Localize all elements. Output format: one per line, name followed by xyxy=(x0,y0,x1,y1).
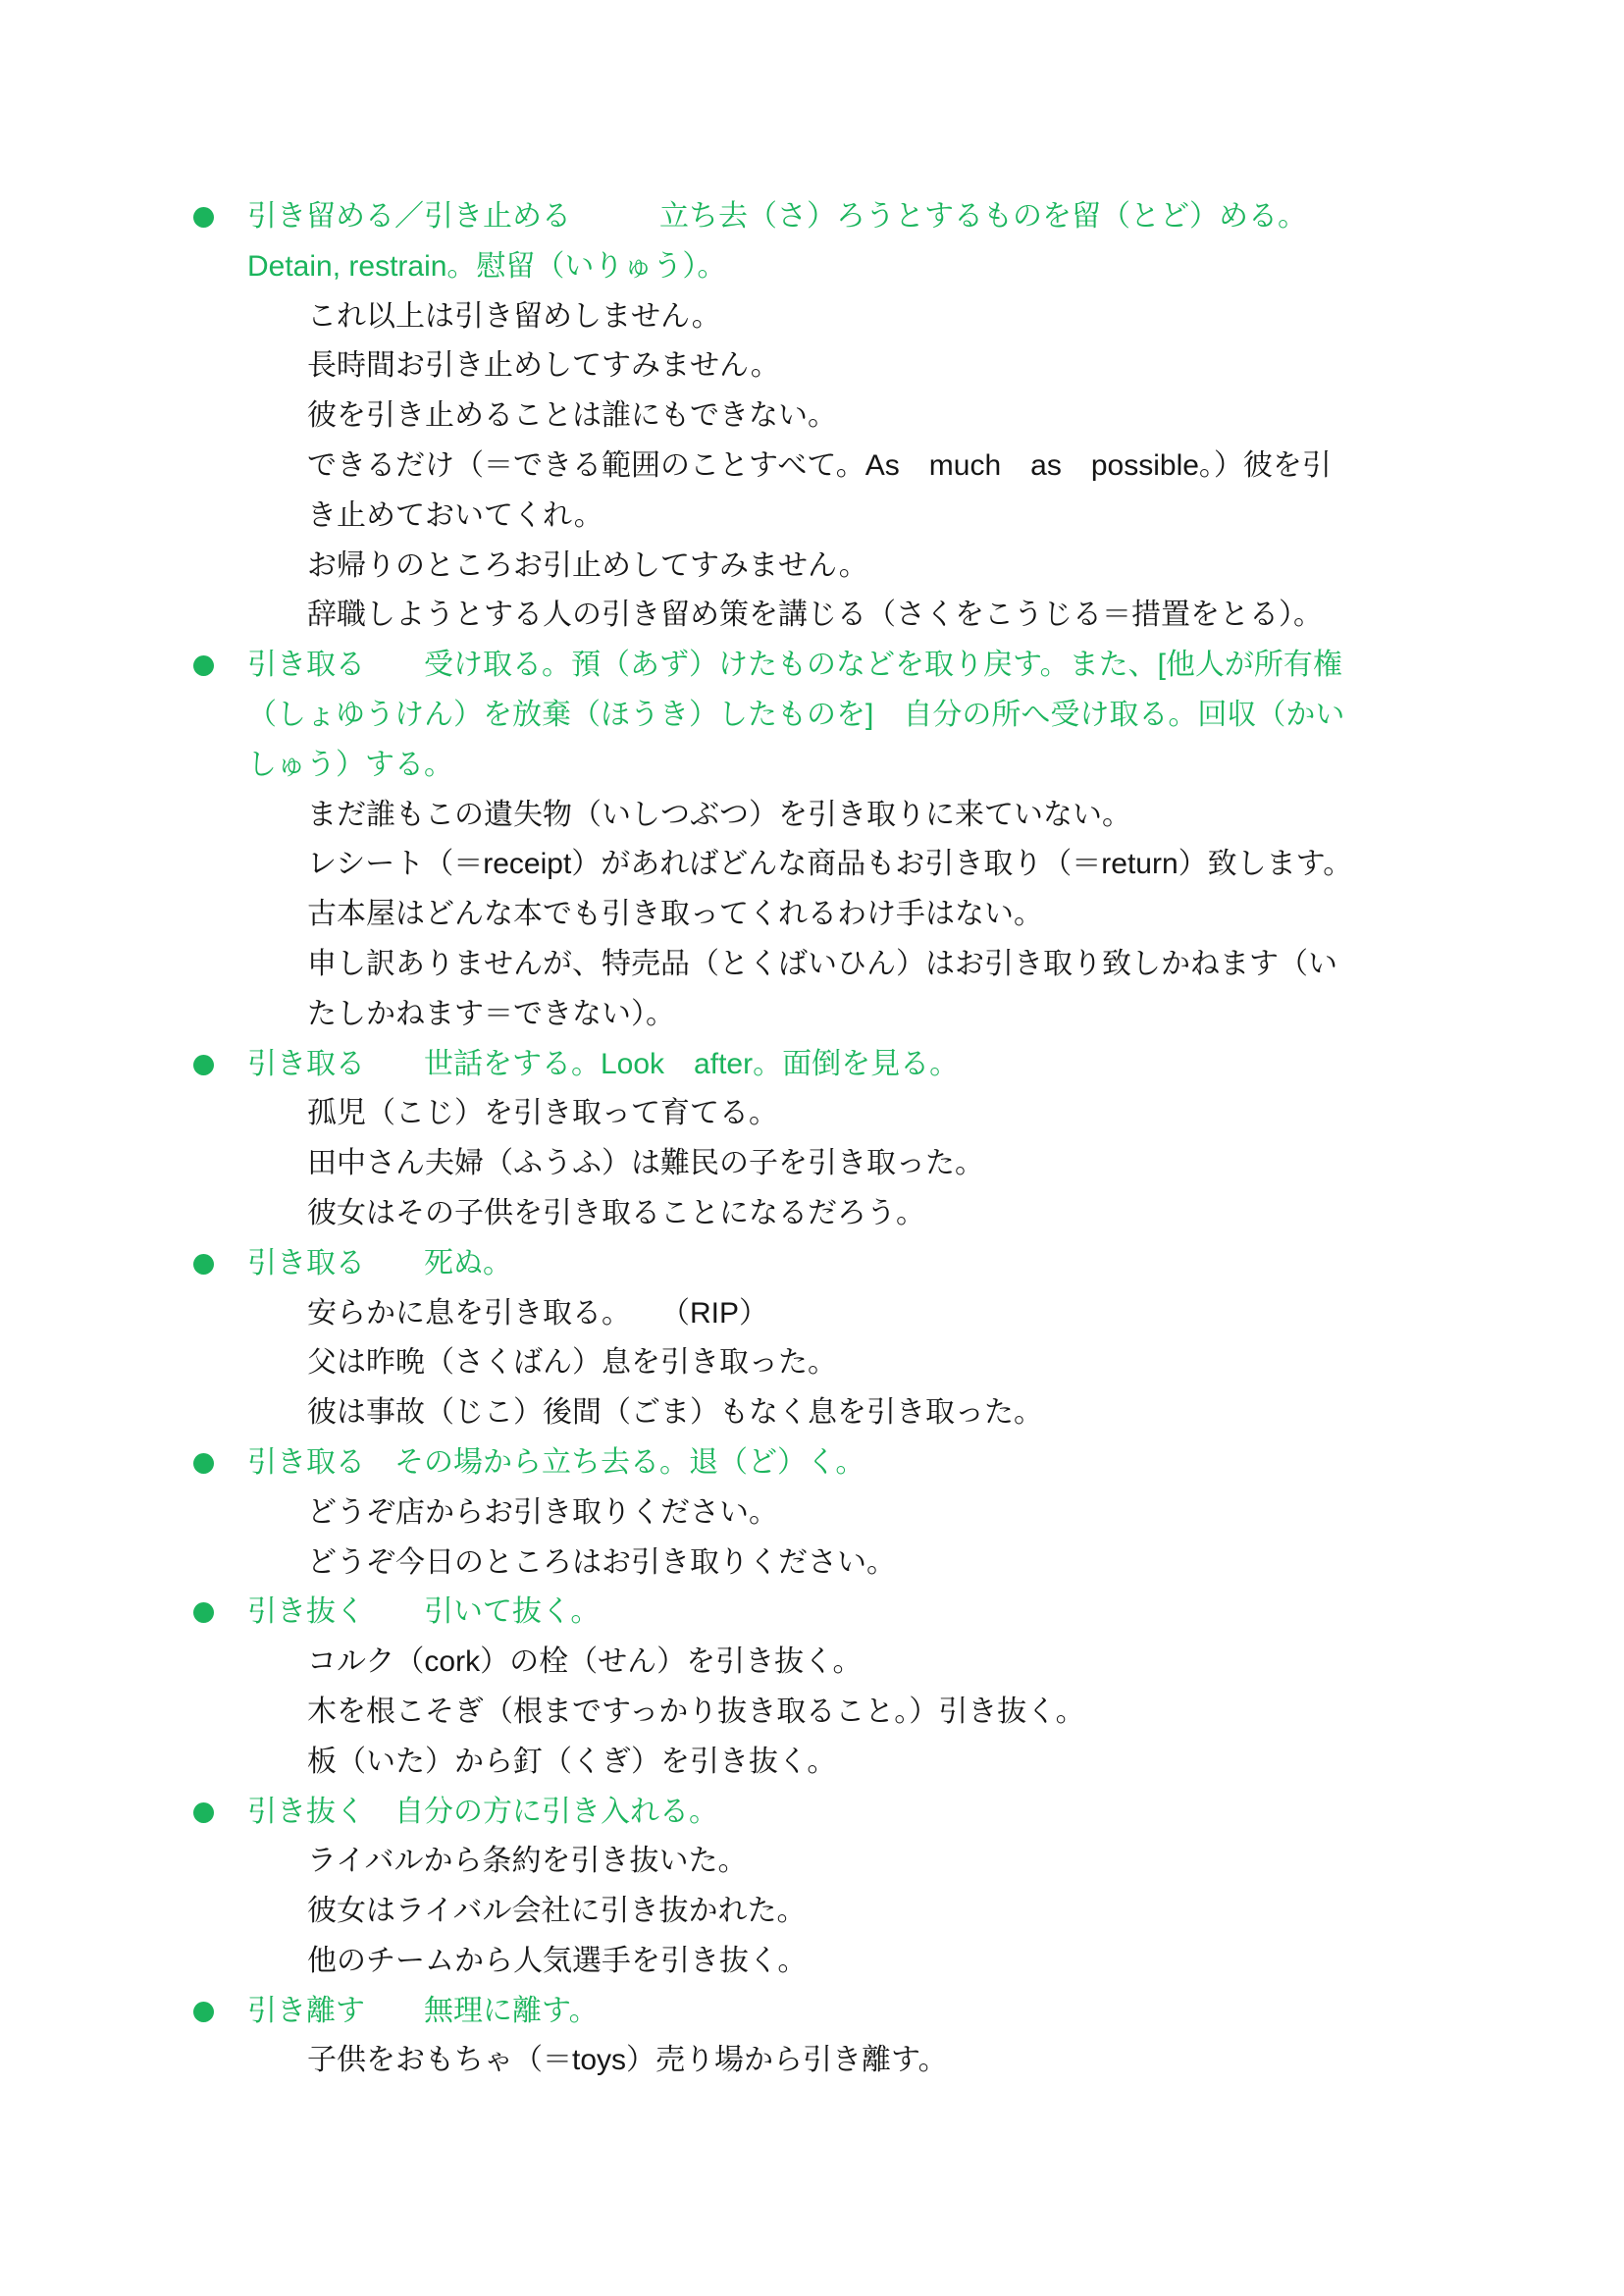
entry-heading: 引き取る 死ぬ。 xyxy=(247,1239,1444,1289)
dictionary-entry: 引き離す 無理に離す。 子供をおもちゃ（＝toys）売り場から引き離す。 xyxy=(193,1987,1444,2087)
example-line: これ以上は引き留めしません。 xyxy=(307,292,1444,342)
entry-heading: 引き取る 世話をする。Look after。面倒を見る。 xyxy=(247,1040,1444,1090)
dictionary-entry: 引き取る 世話をする。Look after。面倒を見る。 孤児（こじ）を引き取っ… xyxy=(193,1040,1444,1239)
entry-heading-line: 引き取る 受け取る。預（あず）けたものなどを取り戻す。また、[他人が所有権 xyxy=(247,641,1444,691)
example-line: 板（いた）から釘（くぎ）を引き抜く。 xyxy=(307,1738,1444,1788)
example-line: できるだけ（＝できる範囲のことすべて。As much as possible。）… xyxy=(307,442,1444,492)
bullet-icon xyxy=(193,1802,214,1823)
example-line: き止めておいてくれ。 xyxy=(307,492,1444,542)
example-line: まだ誰もこの遺失物（いしつぶつ）を引き取りに来ていない。 xyxy=(307,791,1444,841)
entry-heading: 引き離す 無理に離す。 xyxy=(247,1987,1444,2037)
entry-heading: 引き取る 受け取る。預（あず）けたものなどを取り戻す。また、[他人が所有権（しょ… xyxy=(247,641,1444,790)
entry-examples: 子供をおもちゃ（＝toys）売り場から引き離す。 xyxy=(247,2036,1444,2086)
entry-examples: これ以上は引き留めしません。長時間お引き止めしてすみません。彼を引き止めることは… xyxy=(247,292,1444,642)
example-line: 長時間お引き止めしてすみません。 xyxy=(307,341,1444,391)
example-line: 彼は事故（じこ）後間（ごま）もなく息を引き取った。 xyxy=(307,1388,1444,1438)
example-line: ライバルから条約を引き抜いた。 xyxy=(307,1837,1444,1887)
entry-examples: コルク（cork）の栓（せん）を引き抜く。木を根こそぎ（根まですっかり抜き取るこ… xyxy=(247,1638,1444,1787)
example-line: 父は昨晩（さくばん）息を引き取った。 xyxy=(307,1338,1444,1388)
example-line: レシート（＝receipt）があればどんな商品もお引き取り（＝return）致し… xyxy=(307,840,1444,890)
entry-heading-line: 引き離す 無理に離す。 xyxy=(247,1987,1444,2037)
entry-heading-line: 引き取る その場から立ち去る。退（ど）く。 xyxy=(247,1438,1444,1488)
entry-heading-line: しゅう）する。 xyxy=(247,741,1444,791)
entry-heading-line: 引き取る 死ぬ。 xyxy=(247,1239,1444,1289)
example-line: 辞職しようとする人の引き留め策を講じる（さくをこうじる＝措置をとる）。 xyxy=(307,591,1444,641)
entry-examples: 安らかに息を引き取る。 （RIP）父は昨晩（さくばん）息を引き取った。彼は事故（… xyxy=(247,1289,1444,1438)
entry-examples: ライバルから条約を引き抜いた。彼女はライバル会社に引き抜かれた。他のチームから人… xyxy=(247,1837,1444,1986)
bullet-icon xyxy=(193,1602,214,1623)
entry-heading-line: Detain, restrain。慰留（いりゅう）。 xyxy=(247,242,1444,292)
example-line: 子供をおもちゃ（＝toys）売り場から引き離す。 xyxy=(307,2036,1444,2086)
dictionary-entry: 引き取る その場から立ち去る。退（ど）く。 どうぞ店からお引き取りください。どう… xyxy=(193,1438,1444,1588)
entry-heading-line: 引き留める／引き止める 立ち去（さ）ろうとするものを留（とど）める。 xyxy=(247,192,1444,242)
example-line: 彼女はその子供を引き取ることになるだろう。 xyxy=(307,1189,1444,1239)
entry-examples: まだ誰もこの遺失物（いしつぶつ）を引き取りに来ていない。レシート（＝receip… xyxy=(247,791,1444,1040)
example-line: 彼女はライバル会社に引き抜かれた。 xyxy=(307,1887,1444,1937)
entry-heading-line: 引き抜く 引いて抜く。 xyxy=(247,1588,1444,1638)
bullet-icon xyxy=(193,1453,214,1474)
dictionary-entry: 引き抜く 引いて抜く。 コルク（cork）の栓（せん）を引き抜く。木を根こそぎ（… xyxy=(193,1588,1444,1787)
bullet-icon xyxy=(193,1254,214,1275)
entry-heading: 引き取る その場から立ち去る。退（ど）く。 xyxy=(247,1438,1444,1488)
entry-examples: 孤児（こじ）を引き取って育てる。田中さん夫婦（ふうふ）は難民の子を引き取った。彼… xyxy=(247,1089,1444,1238)
dictionary-entry: 引き抜く 自分の方に引き入れる。 ライバルから条約を引き抜いた。彼女はライバル会… xyxy=(193,1788,1444,1987)
example-line: 古本屋はどんな本でも引き取ってくれるわけ手はない。 xyxy=(307,890,1444,940)
example-line: 安らかに息を引き取る。 （RIP） xyxy=(307,1289,1444,1339)
example-line: どうぞ店からお引き取りください。 xyxy=(307,1488,1444,1539)
bullet-icon xyxy=(193,2002,214,2022)
entry-heading-line: 引き抜く 自分の方に引き入れる。 xyxy=(247,1788,1444,1838)
entry-list: 引き留める／引き止める 立ち去（さ）ろうとするものを留（とど）める。Detain… xyxy=(193,192,1444,2086)
document-page: 引き留める／引き止める 立ち去（さ）ろうとするものを留（とど）める。Detain… xyxy=(0,0,1624,2296)
example-line: 他のチームから人気選手を引き抜く。 xyxy=(307,1937,1444,1987)
dictionary-entry: 引き取る 受け取る。預（あず）けたものなどを取り戻す。また、[他人が所有権（しょ… xyxy=(193,641,1444,1039)
dictionary-entry: 引き留める／引き止める 立ち去（さ）ろうとするものを留（とど）める。Detain… xyxy=(193,192,1444,641)
entry-heading: 引き抜く 自分の方に引き入れる。 xyxy=(247,1788,1444,1838)
entry-heading: 引き抜く 引いて抜く。 xyxy=(247,1588,1444,1638)
example-line: コルク（cork）の栓（せん）を引き抜く。 xyxy=(307,1638,1444,1688)
entry-examples: どうぞ店からお引き取りください。どうぞ今日のところはお引き取りください。 xyxy=(247,1488,1444,1589)
example-line: どうぞ今日のところはお引き取りください。 xyxy=(307,1539,1444,1589)
example-line: たしかねます＝できない）。 xyxy=(307,990,1444,1040)
example-line: 木を根こそぎ（根まですっかり抜き取ること。）引き抜く。 xyxy=(307,1688,1444,1738)
example-line: 申し訳ありませんが、特売品（とくばいひん）はお引き取り致しかねます（い xyxy=(307,940,1444,990)
entry-heading-line: （しょゆうけん）を放棄（ほうき）したものを] 自分の所へ受け取る。回収（かい xyxy=(247,691,1444,741)
bullet-icon xyxy=(193,207,214,228)
entry-heading-line: 引き取る 世話をする。Look after。面倒を見る。 xyxy=(247,1040,1444,1090)
dictionary-entry: 引き取る 死ぬ。 安らかに息を引き取る。 （RIP）父は昨晩（さくばん）息を引き… xyxy=(193,1239,1444,1438)
bullet-icon xyxy=(193,1055,214,1075)
entry-heading: 引き留める／引き止める 立ち去（さ）ろうとするものを留（とど）める。Detain… xyxy=(247,192,1444,292)
document-content: 引き留める／引き止める 立ち去（さ）ろうとするものを留（とど）める。Detain… xyxy=(193,192,1444,2086)
example-line: 孤児（こじ）を引き取って育てる。 xyxy=(307,1089,1444,1139)
example-line: お帰りのところお引止めしてすみません。 xyxy=(307,542,1444,592)
example-line: 田中さん夫婦（ふうふ）は難民の子を引き取った。 xyxy=(307,1139,1444,1189)
example-line: 彼を引き止めることは誰にもできない。 xyxy=(307,391,1444,442)
bullet-icon xyxy=(193,655,214,676)
